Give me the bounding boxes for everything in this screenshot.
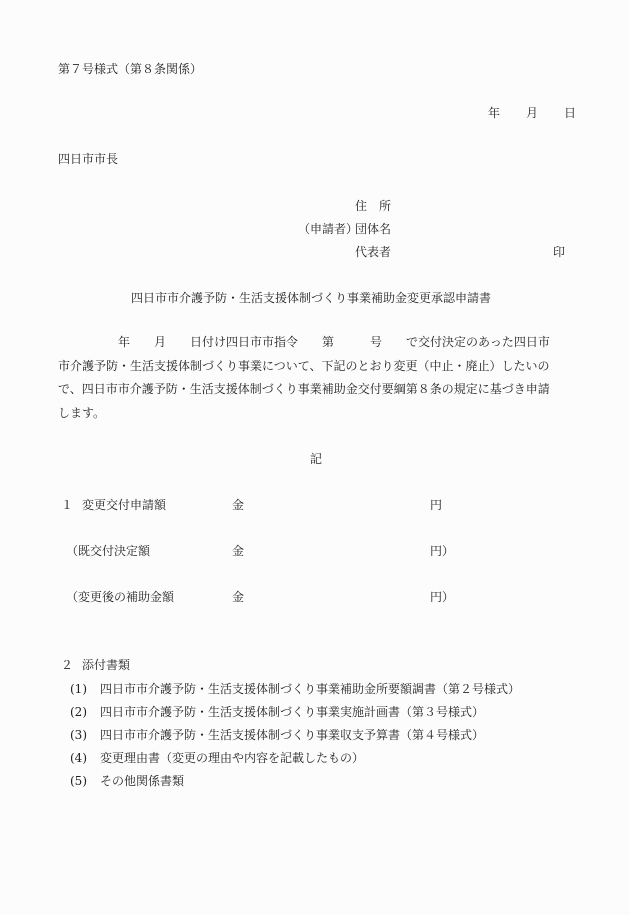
attachment-text: 四日市市介護予防・生活支援体制づくり事業実施計画書（第３号様式） bbox=[100, 705, 484, 719]
ki-heading: 記 bbox=[310, 453, 322, 465]
body-line: で、四日市市介護予防・生活支援体制づくり事業補助金交付要綱第８条の規定に基づき申… bbox=[58, 378, 578, 402]
attachment-item: (4)変更理由書（変更の理由や内容を記載したもの） bbox=[70, 752, 364, 764]
attachment-text: 四日市市介護予防・生活支援体制づくり事業補助金所要額調書（第２号様式） bbox=[100, 682, 520, 696]
post-change-subsidy-amount-label: （変更後の補助金額 bbox=[66, 591, 174, 603]
attachments-heading: 添付書類 bbox=[82, 659, 130, 671]
currency-prefix: 金 bbox=[232, 499, 244, 511]
organization-name-label: 団体名 bbox=[355, 223, 391, 235]
body-line: 市介護予防・生活支援体制づくり事業について、下記のとおり変更（中止・廃止）したい… bbox=[58, 355, 578, 379]
attachment-item: (1)四日市市介護予防・生活支援体制づくり事業補助金所要額調書（第２号様式） bbox=[70, 683, 520, 695]
yen-unit: 円） bbox=[430, 545, 454, 557]
already-granted-amount-label: （既交付決定額 bbox=[66, 545, 150, 557]
attachment-number: (2) bbox=[70, 706, 100, 718]
post-change-subsidy-amount-field[interactable] bbox=[250, 591, 420, 605]
section-1-number: １ bbox=[61, 499, 73, 511]
address-label: 住 所 bbox=[355, 200, 391, 212]
applicant-role-label: （申請者） bbox=[298, 223, 358, 235]
section-2-number: ２ bbox=[61, 659, 73, 671]
form-number-label: 第７号様式（第８条関係） bbox=[58, 63, 202, 75]
body-line: 年 月 日付け四日市市指令 第 号 で交付決定のあった四日市 bbox=[58, 331, 578, 355]
attachment-item: (3)四日市市介護予防・生活支援体制づくり事業収支予算書（第４号様式） bbox=[70, 729, 484, 741]
date-day-label: 日 bbox=[564, 107, 576, 119]
change-application-amount-label: 変更交付申請額 bbox=[82, 499, 166, 511]
attachment-number: (4) bbox=[70, 752, 100, 764]
document-title: 四日市市介護予防・生活支援体制づくり事業補助金変更承認申請書 bbox=[131, 292, 491, 304]
already-granted-amount-field[interactable] bbox=[250, 545, 420, 559]
attachment-item: (2)四日市市介護予防・生活支援体制づくり事業実施計画書（第３号様式） bbox=[70, 706, 484, 718]
currency-prefix: 金 bbox=[232, 545, 244, 557]
attachment-text: 変更理由書（変更の理由や内容を記載したもの） bbox=[100, 751, 364, 765]
attachment-item: (5)その他関係書類 bbox=[70, 775, 184, 787]
addressee: 四日市市長 bbox=[58, 153, 118, 165]
currency-prefix: 金 bbox=[232, 591, 244, 603]
attachment-text: その他関係書類 bbox=[100, 774, 184, 788]
body-line: します。 bbox=[58, 402, 578, 426]
date-year-label: 年 bbox=[488, 107, 500, 119]
attachment-number: (5) bbox=[70, 775, 100, 787]
yen-unit: 円 bbox=[430, 499, 442, 511]
yen-unit: 円） bbox=[430, 591, 454, 603]
attachment-text: 四日市市介護予防・生活支援体制づくり事業収支予算書（第４号様式） bbox=[100, 728, 484, 742]
representative-label: 代表者 bbox=[355, 246, 391, 258]
change-application-amount-field[interactable] bbox=[250, 499, 420, 513]
date-month-label: 月 bbox=[526, 107, 538, 119]
seal-label: 印 bbox=[553, 246, 565, 258]
body-paragraph: 年 月 日付け四日市市指令 第 号 で交付決定のあった四日市 市介護予防・生活支… bbox=[58, 331, 578, 425]
attachment-number: (1) bbox=[70, 683, 100, 695]
attachment-number: (3) bbox=[70, 729, 100, 741]
